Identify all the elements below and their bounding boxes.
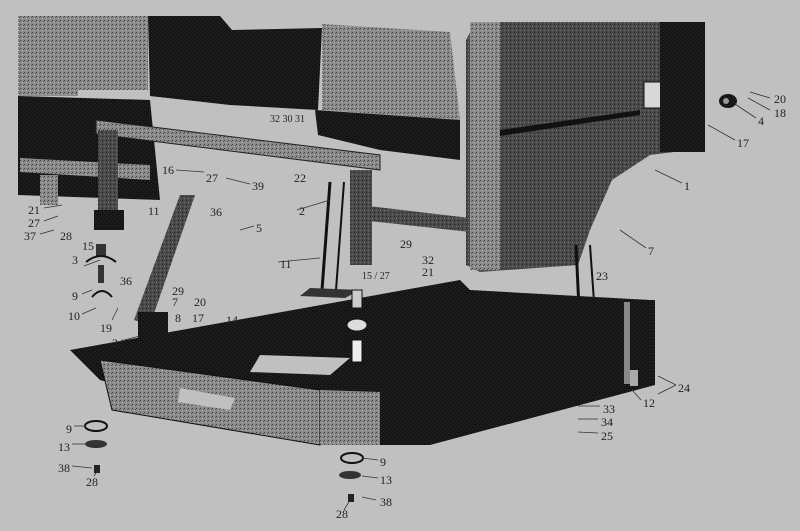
callout-label: 38	[380, 496, 392, 508]
callout-label: 28	[60, 230, 72, 242]
callout-label: 4	[758, 115, 764, 127]
callout-label: 23	[596, 270, 608, 282]
callout-label: 39	[252, 180, 264, 192]
callout-label: 34	[601, 416, 613, 428]
callout-label: 9	[380, 456, 386, 468]
callout-label: 27	[206, 172, 218, 184]
callout-label: 7	[172, 296, 178, 308]
callout-label: 32 30 31	[270, 115, 305, 125]
callout-label: 36	[210, 206, 222, 218]
callout-label: 25	[601, 430, 613, 442]
callout-label: 1	[684, 180, 690, 192]
callout-label: 38	[58, 462, 70, 474]
callout-label: 24	[112, 337, 124, 349]
callout-label: 21	[28, 204, 40, 216]
callout-label: 8	[175, 312, 181, 324]
callout-label: 11	[280, 258, 292, 270]
callout-label: 28	[336, 508, 348, 520]
callout-label: 13	[58, 441, 70, 453]
callout-label: 18	[774, 107, 786, 119]
callout-label: 9	[66, 423, 72, 435]
callout-label: 7	[648, 245, 654, 257]
callout-label: 12	[643, 397, 655, 409]
callout-label: 13	[380, 474, 392, 486]
callout-label: 33	[603, 403, 615, 415]
parts-diagram: 20184171723241233342532 30 3116273922362…	[0, 0, 800, 531]
callout-label: 20	[774, 93, 786, 105]
callout-label: 27	[28, 217, 40, 229]
diagram-artwork	[0, 0, 800, 531]
bottom-washers-left	[85, 421, 107, 473]
callout-label: 17	[737, 137, 749, 149]
callout-label: 2	[299, 205, 305, 217]
callout-label: 21	[422, 266, 434, 278]
callout-label: 17	[192, 312, 204, 324]
callout-label: 22	[294, 172, 306, 184]
callout-label: 10	[68, 310, 80, 322]
callout-label: 20	[194, 296, 206, 308]
callout-label: 28	[86, 476, 98, 488]
callout-label: 5	[256, 222, 262, 234]
callout-label: 14	[226, 314, 238, 326]
callout-label: 36	[120, 275, 132, 287]
fender-panel	[466, 22, 705, 272]
callout-label: 37	[24, 230, 36, 242]
bushing-part	[719, 94, 737, 108]
callout-label: 16	[162, 164, 174, 176]
shock-absorber	[134, 195, 195, 342]
callout-label: 19	[100, 322, 112, 334]
bottom-washers-center	[339, 453, 363, 502]
callout-label: 24	[678, 382, 690, 394]
callout-label: 9	[72, 290, 78, 302]
callout-label: 29	[400, 238, 412, 250]
callout-label: 15	[82, 240, 94, 252]
callout-label: 15 / 27	[362, 272, 390, 282]
callout-label: 11	[148, 205, 160, 217]
callout-label: 3	[72, 254, 78, 266]
